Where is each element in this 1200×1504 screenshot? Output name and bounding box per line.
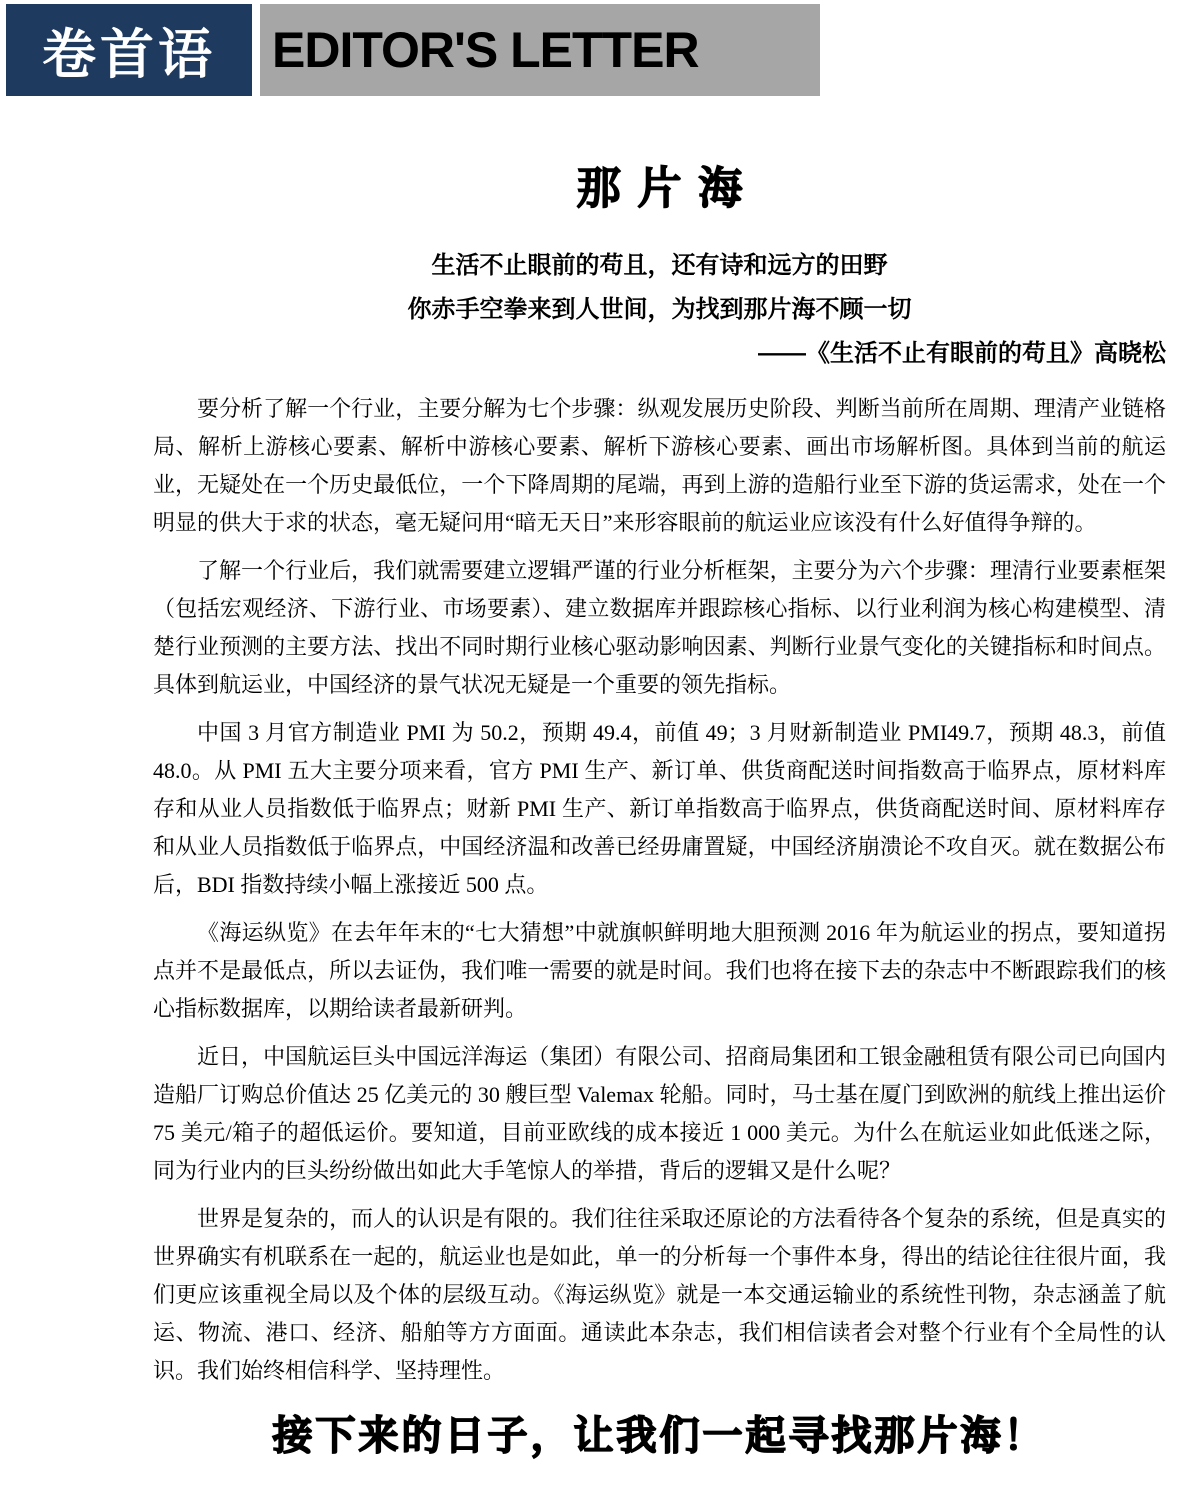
epigraph-attribution: ——《生活不止有眼前的苟且》高晓松 [153,332,1166,376]
epigraph-line-2: 你赤手空拳来到人世间，为找到那片海不顾一切 [153,288,1166,332]
section-label-en-bar: EDITOR'S LETTER [260,4,820,96]
body-paragraph: 了解一个行业后，我们就需要建立逻辑严谨的行业分析框架，主要分为六个步骤：理清行业… [153,552,1166,704]
body-paragraph: 近日，中国航运巨头中国远洋海运（集团）有限公司、招商局集团和工银金融租赁有限公司… [153,1038,1166,1190]
editors-letter-page: 卷首语 EDITOR'S LETTER 那片海 生活不止眼前的苟且，还有诗和远方… [0,0,1200,1504]
body-paragraph: 世界是复杂的，而人的认识是有限的。我们往往采取还原论的方法看待各个复杂的系统，但… [153,1200,1166,1390]
page-header: 卷首语 EDITOR'S LETTER [6,4,820,96]
article: 那片海 生活不止眼前的苟且，还有诗和远方的田野 你赤手空拳来到人世间，为找到那片… [153,160,1166,1461]
body-paragraph: 要分析了解一个行业，主要分解为七个步骤：纵观发展历史阶段、判断当前所在周期、理清… [153,390,1166,542]
article-title: 那片海 [153,160,1166,218]
section-label-cn-box: 卷首语 [6,4,252,96]
section-label-en: EDITOR'S LETTER [272,21,699,79]
article-body: 要分析了解一个行业，主要分解为七个步骤：纵观发展历史阶段、判断当前所在周期、理清… [153,390,1166,1390]
body-paragraph: 《海运纵览》在去年年末的“七大猜想”中就旗帜鲜明地大胆预测 2016 年为航运业… [153,914,1166,1028]
epigraph: 生活不止眼前的苟且，还有诗和远方的田野 你赤手空拳来到人世间，为找到那片海不顾一… [153,244,1166,376]
closing-line: 接下来的日子，让我们一起寻找那片海！ [153,1404,1166,1461]
section-label-cn: 卷首语 [42,12,216,89]
body-paragraph: 中国 3 月官方制造业 PMI 为 50.2，预期 49.4，前值 49；3 月… [153,714,1166,904]
epigraph-line-1: 生活不止眼前的苟且，还有诗和远方的田野 [153,244,1166,288]
